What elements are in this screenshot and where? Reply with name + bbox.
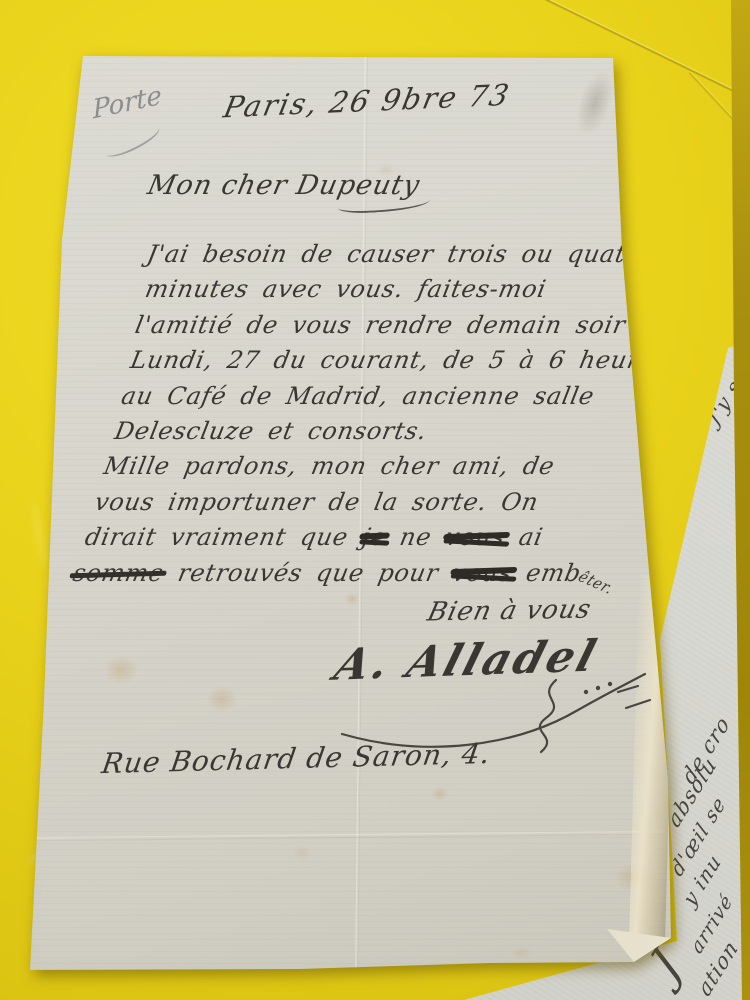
body-line: dirait vraiment que je ne vous ai (82, 520, 645, 555)
body-line: au Café de Madrid, ancienne salle (118, 379, 672, 414)
body-line: somme retrouvés que pour vous embêter. (69, 556, 638, 594)
closing: Bien à vous (425, 595, 595, 628)
body-line: Delescluze et consorts. (111, 414, 665, 449)
body-line: Mille pardons, mon cher ami, de (101, 449, 659, 484)
body-line: minutes avec vous. faites-moi (142, 272, 693, 307)
struck-word: somme (70, 556, 167, 591)
body-line: vous importuner de la sorte. On (92, 485, 652, 520)
letter-wrap: Porte Paris, 26 9bre 73 Mon cher Dupeuty… (0, 0, 750, 1000)
photo-of-letter: J'y s de cro absolu d'œil se y inu arriv… (0, 0, 750, 1000)
body-text: retrouvés que pour (176, 559, 442, 587)
letter-sheet: Porte Paris, 26 9bre 73 Mon cher Dupeuty… (0, 0, 750, 1000)
body-line: J'ai besoin de causer trois ou quatre (144, 237, 700, 272)
scratched-word: vous (449, 556, 515, 591)
body-text: ai (517, 523, 546, 551)
body-line: Lundi, 27 du courant, de 5 à 6 heures, (127, 343, 679, 378)
letter-body: J'ai besoin de causer trois ou quatre mi… (77, 237, 700, 594)
body-line: l'amitié de vous rendre demain soir (132, 308, 686, 343)
body-text: dirait vraiment que (83, 523, 351, 551)
scratched-word: je (359, 520, 389, 555)
body-text: ne (397, 523, 434, 551)
scratched-word: vous (442, 520, 508, 555)
